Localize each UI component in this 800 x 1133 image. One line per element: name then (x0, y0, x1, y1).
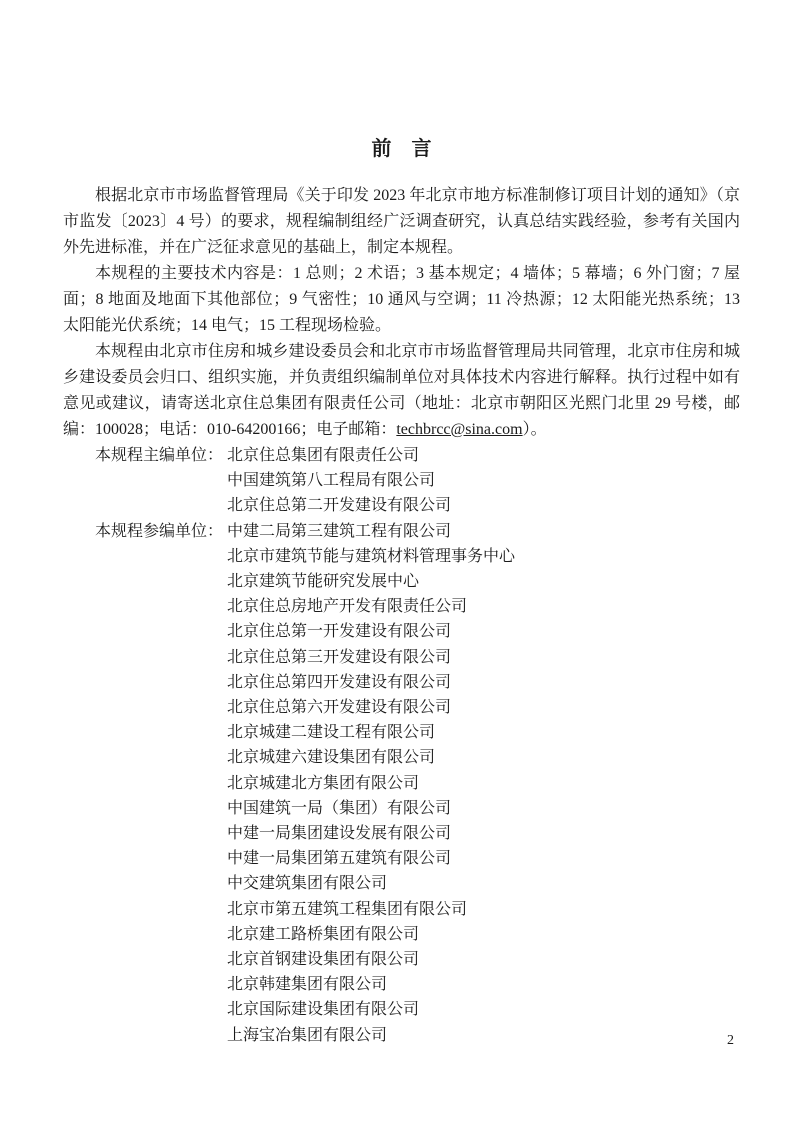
unit-name: 北京城建六建设集团有限公司 (227, 745, 435, 770)
participant-row: 北京韩建集团有限公司 (63, 972, 740, 997)
participant-row: 北京住总第一开发建设有限公司 (63, 619, 740, 644)
participant-row: 北京市第五建筑工程集团有限公司 (63, 897, 740, 922)
participant-row: 本规程参编单位： 中建二局第三建筑工程有限公司 (63, 519, 740, 544)
participant-label: 本规程参编单位： (95, 519, 227, 544)
unit-name: 北京住总集团有限责任公司 (227, 443, 419, 468)
unit-name: 中建一局集团建设发展有限公司 (227, 821, 451, 846)
page-number: 2 (727, 1032, 734, 1050)
participant-row: 北京城建二建设工程有限公司 (63, 720, 740, 745)
paragraph-management: 本规程由北京市住房和城乡建设委员会和北京市市场监督管理局共同管理，北京市住房和城… (63, 339, 740, 443)
unit-name: 中交建筑集团有限公司 (227, 871, 387, 896)
unit-name: 中建二局第三建筑工程有限公司 (227, 519, 451, 544)
unit-name: 上海宝冶集团有限公司 (227, 1023, 387, 1048)
editing-units-section: 本规程主编单位： 北京住总集团有限责任公司 中国建筑第八工程局有限公司 北京住总… (63, 443, 740, 1048)
unit-name: 北京住总第六开发建设有限公司 (227, 695, 451, 720)
unit-name: 北京市第五建筑工程集团有限公司 (227, 897, 467, 922)
unit-name: 北京市建筑节能与建筑材料管理事务中心 (227, 544, 515, 569)
page-content: 前 言 根据北京市市场监督管理局《关于印发 2023 年北京市地方标准制修订项目… (63, 0, 740, 1048)
unit-name: 北京城建二建设工程有限公司 (227, 720, 435, 745)
unit-name: 中国建筑第八工程局有限公司 (227, 468, 435, 493)
participant-row: 北京国际建设集团有限公司 (63, 997, 740, 1022)
unit-name: 北京住总房地产开发有限责任公司 (227, 594, 467, 619)
paragraph-management-closing: ）。 (523, 421, 547, 438)
unit-name: 北京住总第四开发建设有限公司 (227, 670, 451, 695)
unit-name: 北京城建北方集团有限公司 (227, 771, 419, 796)
participant-row: 中国建筑一局（集团）有限公司 (63, 796, 740, 821)
participant-row: 北京市建筑节能与建筑材料管理事务中心 (63, 544, 740, 569)
unit-name: 北京住总第一开发建设有限公司 (227, 619, 451, 644)
chief-editor-row: 北京住总第二开发建设有限公司 (63, 493, 740, 518)
unit-name: 中建一局集团第五建筑有限公司 (227, 846, 451, 871)
participant-row: 上海宝冶集团有限公司 (63, 1023, 740, 1048)
participant-row: 北京首钢建设集团有限公司 (63, 947, 740, 972)
email-link[interactable]: techbrcc@sina.com (396, 421, 522, 438)
participant-row: 北京住总第四开发建设有限公司 (63, 670, 740, 695)
participant-row: 北京住总第六开发建设有限公司 (63, 695, 740, 720)
document-page: 前 言 根据北京市市场监督管理局《关于印发 2023 年北京市地方标准制修订项目… (0, 0, 800, 1133)
unit-name: 北京韩建集团有限公司 (227, 972, 387, 997)
unit-name: 北京建工路桥集团有限公司 (227, 922, 419, 947)
participant-row: 北京建工路桥集团有限公司 (63, 922, 740, 947)
chief-editor-row: 中国建筑第八工程局有限公司 (63, 468, 740, 493)
unit-name: 北京住总第二开发建设有限公司 (227, 493, 451, 518)
participant-row: 中建一局集团第五建筑有限公司 (63, 846, 740, 871)
participant-row: 北京城建北方集团有限公司 (63, 771, 740, 796)
participant-row: 北京城建六建设集团有限公司 (63, 745, 740, 770)
participant-row: 中交建筑集团有限公司 (63, 871, 740, 896)
participant-row: 北京住总第三开发建设有限公司 (63, 645, 740, 670)
participant-row: 北京建筑节能研究发展中心 (63, 569, 740, 594)
paragraph-basis: 根据北京市市场监督管理局《关于印发 2023 年北京市地方标准制修订项目计划的通… (63, 183, 740, 261)
unit-name: 北京国际建设集团有限公司 (227, 997, 419, 1022)
unit-name: 北京住总第三开发建设有限公司 (227, 645, 451, 670)
participant-row: 中建一局集团建设发展有限公司 (63, 821, 740, 846)
chief-editor-label: 本规程主编单位： (95, 443, 227, 468)
paragraph-contents: 本规程的主要技术内容是：1 总则；2 术语；3 基本规定；4 墙体；5 幕墙；6… (63, 261, 740, 339)
unit-name: 北京建筑节能研究发展中心 (227, 569, 419, 594)
chief-editor-row: 本规程主编单位： 北京住总集团有限责任公司 (63, 443, 740, 468)
unit-name: 中国建筑一局（集团）有限公司 (227, 796, 451, 821)
unit-name: 北京首钢建设集团有限公司 (227, 947, 419, 972)
page-title: 前 言 (63, 136, 740, 162)
participant-row: 北京住总房地产开发有限责任公司 (63, 594, 740, 619)
foreword-body: 根据北京市市场监督管理局《关于印发 2023 年北京市地方标准制修订项目计划的通… (63, 183, 740, 443)
